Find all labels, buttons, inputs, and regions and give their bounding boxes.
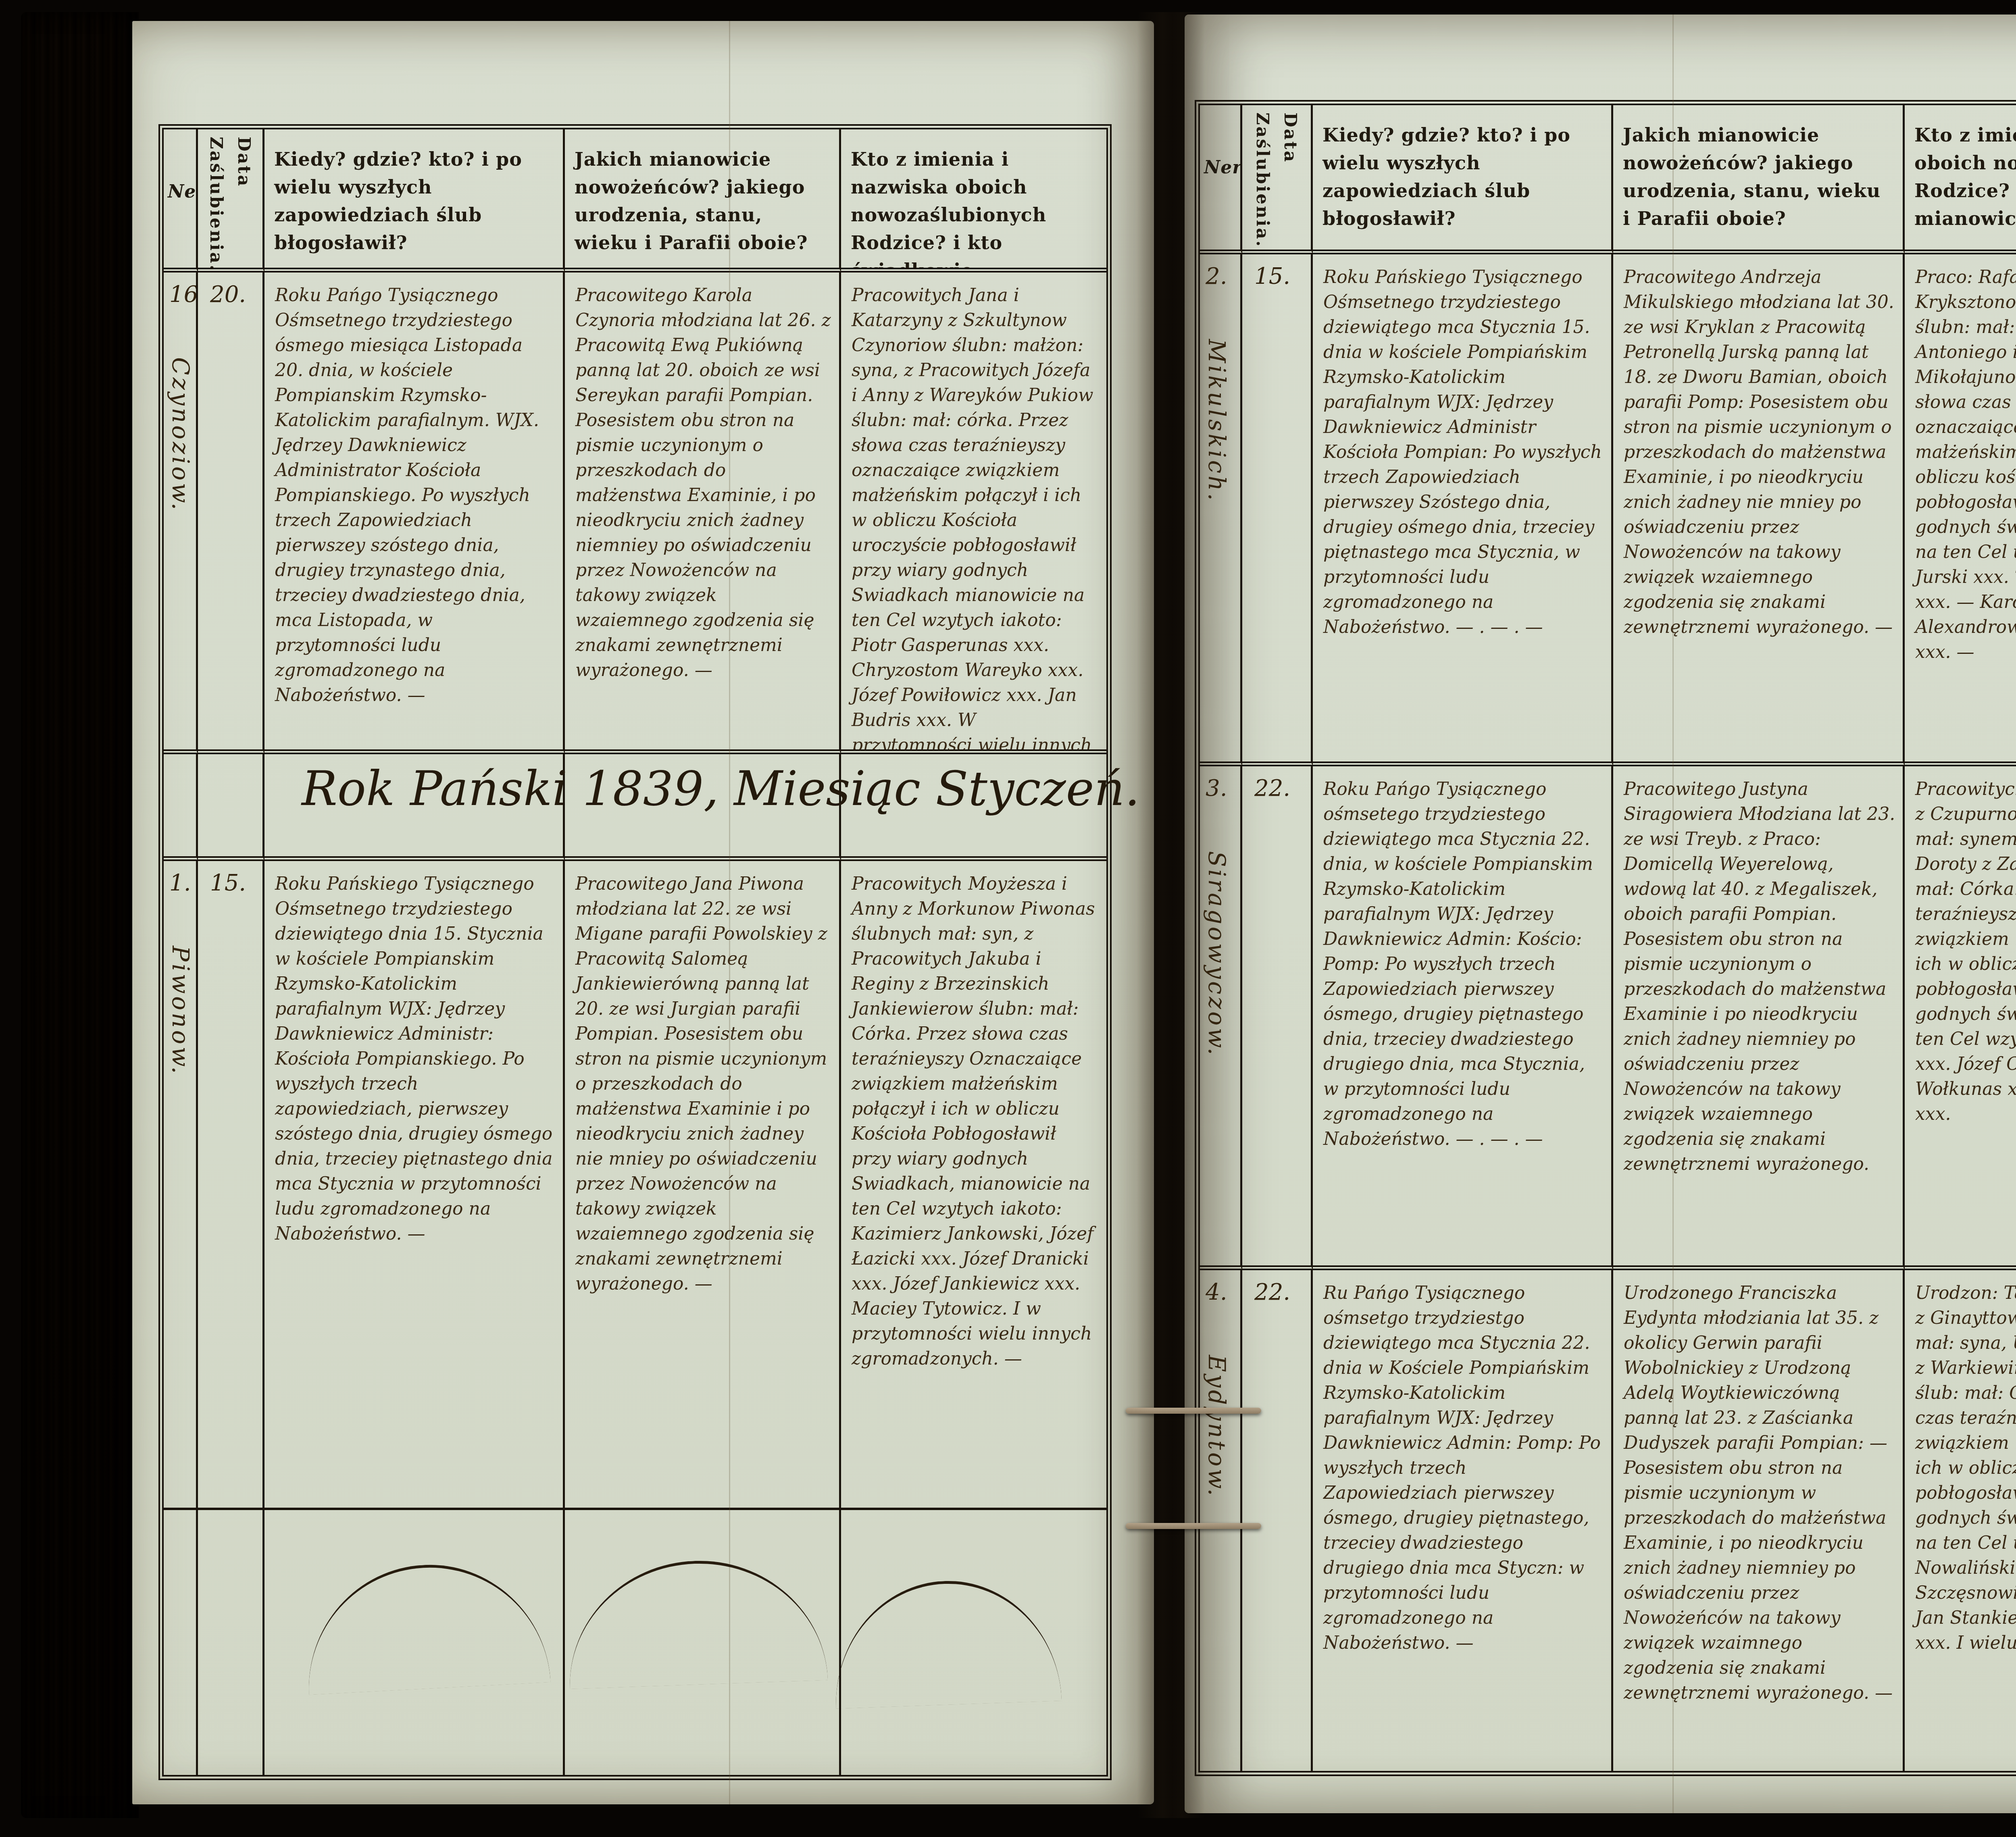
entry-couple-text: Pracowitego Karola Czynoria młodziana la…: [565, 273, 839, 683]
entry-16-ceremony-cell: Roku Pańgo Tysiącznego Ośmsetnego trzydz…: [264, 273, 565, 754]
header-date-label: Data Zaślubienia.: [1249, 105, 1304, 254]
header-parents-witnesses-label: Kto z imienia i nazwiska oboich nowozaśl…: [1905, 105, 2016, 233]
entry-ceremony-text: Roku Pańskiego Tysiącznego Ośmsetnego tr…: [264, 861, 563, 1246]
entry-2-date-cell: 15.: [1242, 254, 1313, 766]
entry-couple-text: Pracowitego Jana Piwona młodziana lat 22…: [565, 861, 839, 1296]
header-cell-date: Data Zaślubienia.: [1242, 105, 1313, 254]
entry-date: 20.: [198, 273, 262, 308]
tail-cell-1: [164, 1510, 198, 1775]
page-crease: [729, 21, 730, 1804]
binding-thread: [1126, 1408, 1261, 1414]
entry-couple-text: Pracowitego Justyna Siragowiera Młodzian…: [1613, 766, 1903, 1177]
entry-2-number-cell: 2. Mikulskich.: [1200, 254, 1242, 766]
entry-ceremony-text: Roku Pańgo Tysiącznego Ośmsetnego trzydz…: [264, 273, 563, 708]
entry-1-witnesses-cell: Pracowitych Moyżesza i Anny z Morkunow P…: [841, 861, 1106, 1510]
entry-4-couple-cell: Urodzonego Franciszka Eydynta młodziania…: [1613, 1270, 1905, 1771]
left-page: Ner. Data Zaślubienia. Kiedy? gdzie? kto…: [132, 21, 1154, 1804]
entry-3-couple-cell: Pracowitego Justyna Siragowiera Młodzian…: [1613, 766, 1905, 1270]
entry-1-number-cell: 1. Piwonow.: [164, 861, 198, 1510]
entry-date: 15.: [1242, 254, 1311, 289]
header-date-label: Data Zaślubienia.: [202, 129, 258, 273]
header-cell-parents-witnesses: Kto z imienia i nazwiska oboich nowozaśl…: [841, 129, 1106, 273]
header-cell-newlyweds: Jakich mianowicie nowożeńców? jakiego ur…: [565, 129, 841, 273]
header-cell-when-where: Kiedy? gdzie? kto? i po wielu wyszłych z…: [1313, 105, 1613, 254]
entry-2-witnesses-cell: Praco: Rafała i Euprozyny z Kryksztonowi…: [1905, 254, 2016, 766]
header-ner-label: Ner.: [164, 129, 196, 206]
entry-witnesses-text: Pracowitych Alberta i Magdaleny z Czupur…: [1905, 766, 2016, 1127]
book-spine-edge: [21, 12, 139, 1818]
entry-number: 1.: [164, 861, 196, 896]
tail-cell-2: [198, 1510, 264, 1775]
entry-4-ceremony-cell: Ru Pańgo Tysiącznego ośmsetgo trzydziest…: [1313, 1270, 1613, 1771]
marriage-register-table-left: Ner. Data Zaślubienia. Kiedy? gdzie? kto…: [158, 124, 1112, 1780]
entry-witnesses-text: Pracowitych Moyżesza i Anny z Morkunow P…: [841, 861, 1106, 1371]
header-cell-parents-witnesses: Kto z imienia i nazwiska oboich nowozaśl…: [1905, 105, 2016, 254]
entry-date: 15.: [198, 861, 262, 896]
page-crease: [1672, 15, 1674, 1813]
entry-ceremony-text: Ru Pańgo Tysiącznego ośmsetgo trzydziest…: [1313, 1270, 1611, 1656]
binding-thread: [1126, 1523, 1261, 1529]
entry-witnesses-text: Urodzon: Tadeusza i Małgorzaty z Ginaytt…: [1905, 1270, 2016, 1656]
entry-witnesses-text: Pracowitych Jana i Katarzyny z Szkultyno…: [841, 273, 1106, 754]
entry-margin-surname: Mikulskich.: [1203, 339, 1231, 503]
entry-3-ceremony-cell: Roku Pańgo Tysiącznego ośmsetego trzydzi…: [1313, 766, 1613, 1270]
entry-couple-text: Urodzonego Franciszka Eydynta młodziania…: [1613, 1270, 1903, 1706]
header-when-where-label: Kiedy? gdzie? kto? i po wielu wyszłych z…: [264, 129, 563, 257]
entry-date: 22.: [1242, 766, 1311, 801]
header-cell-when-where: Kiedy? gdzie? kto? i po wielu wyszłych z…: [264, 129, 565, 273]
year-row-cell-2: [198, 754, 264, 861]
entry-margin-surname: Piwonow.: [167, 946, 194, 1076]
header-cell-date: Data Zaślubienia.: [198, 129, 264, 273]
entry-ceremony-text: Roku Pańskiego Tysiącznego Ośmsetnego tr…: [1313, 254, 1611, 640]
entry-couple-text: Pracowitego Andrzeja Mikulskiego młodzia…: [1613, 254, 1903, 640]
year-heading: Rok Pański 1839, Miesiąc Styczeń.: [302, 761, 1138, 816]
entry-16-date-cell: 20.: [198, 273, 264, 754]
header-cell-ner: Ner.: [1200, 105, 1242, 254]
entry-number: 2.: [1200, 254, 1240, 289]
entry-2-couple-cell: Pracowitego Andrzeja Mikulskiego młodzia…: [1613, 254, 1905, 766]
header-newlyweds-label: Jakich mianowicie nowożeńców? jakiego ur…: [565, 129, 839, 257]
entry-16-witnesses-cell: Pracowitych Jana i Katarzyny z Szkultyno…: [841, 273, 1106, 754]
header-cell-newlyweds: Jakich mianowicie nowożeńców? jakiego ur…: [1613, 105, 1905, 254]
entry-2-ceremony-cell: Roku Pańskiego Tysiącznego Ośmsetnego tr…: [1313, 254, 1613, 766]
entry-1-couple-cell: Pracowitego Jana Piwona młodziana lat 22…: [565, 861, 841, 1510]
entry-16-couple-cell: Pracowitego Karola Czynoria młodziana la…: [565, 273, 841, 754]
entry-ceremony-text: Roku Pańgo Tysiącznego ośmsetego trzydzi…: [1313, 766, 1611, 1152]
entry-date: 22.: [1242, 1270, 1311, 1305]
header-when-where-label: Kiedy? gdzie? kto? i po wielu wyszłych z…: [1313, 105, 1611, 233]
header-cell-ner: Ner.: [164, 129, 198, 273]
entry-1-ceremony-cell: Roku Pańskiego Tysiącznego Ośmsetnego tr…: [264, 861, 565, 1510]
marriage-register-table-right: Ner. Data Zaślubienia. Kiedy? gdzie? kto…: [1195, 100, 2016, 1776]
entry-3-date-cell: 22.: [1242, 766, 1313, 1270]
entry-4-date-cell: 22.: [1242, 1270, 1313, 1771]
entry-4-witnesses-cell: Urodzon: Tadeusza i Małgorzaty z Ginaytt…: [1905, 1270, 2016, 1771]
entry-16-number-cell: 16. Czynoziow.: [164, 273, 198, 754]
entry-number: 3.: [1200, 766, 1240, 801]
entry-3-witnesses-cell: Pracowitych Alberta i Magdaleny z Czupur…: [1905, 766, 2016, 1270]
header-newlyweds-label: Jakich mianowicie nowożeńców? jakiego ur…: [1613, 105, 1903, 233]
entry-3-number-cell: 3. Siragowyczow.: [1200, 766, 1242, 1270]
entry-margin-surname: Siragowyczow.: [1203, 851, 1231, 1057]
header-ner-label: Ner.: [1200, 105, 1240, 181]
entry-number: 4.: [1200, 1270, 1240, 1305]
year-row-cell-1: [164, 754, 198, 861]
entry-1-date-cell: 15.: [198, 861, 264, 1510]
right-page: 15. Ner. Data Zaślubienia. Kiedy? gdzie?…: [1185, 15, 2016, 1813]
entry-4-number-cell: 4. Eydyntow.: [1200, 1270, 1242, 1771]
entry-number: 16.: [164, 273, 196, 308]
header-parents-witnesses-label: Kto z imienia i nazwiska oboich nowozaśl…: [841, 129, 1106, 273]
entry-margin-surname: Eydyntow.: [1203, 1355, 1231, 1498]
entry-margin-surname: Czynoziow.: [167, 357, 194, 512]
entry-witnesses-text: Praco: Rafała i Euprozyny z Kryksztonowi…: [1905, 254, 2016, 665]
